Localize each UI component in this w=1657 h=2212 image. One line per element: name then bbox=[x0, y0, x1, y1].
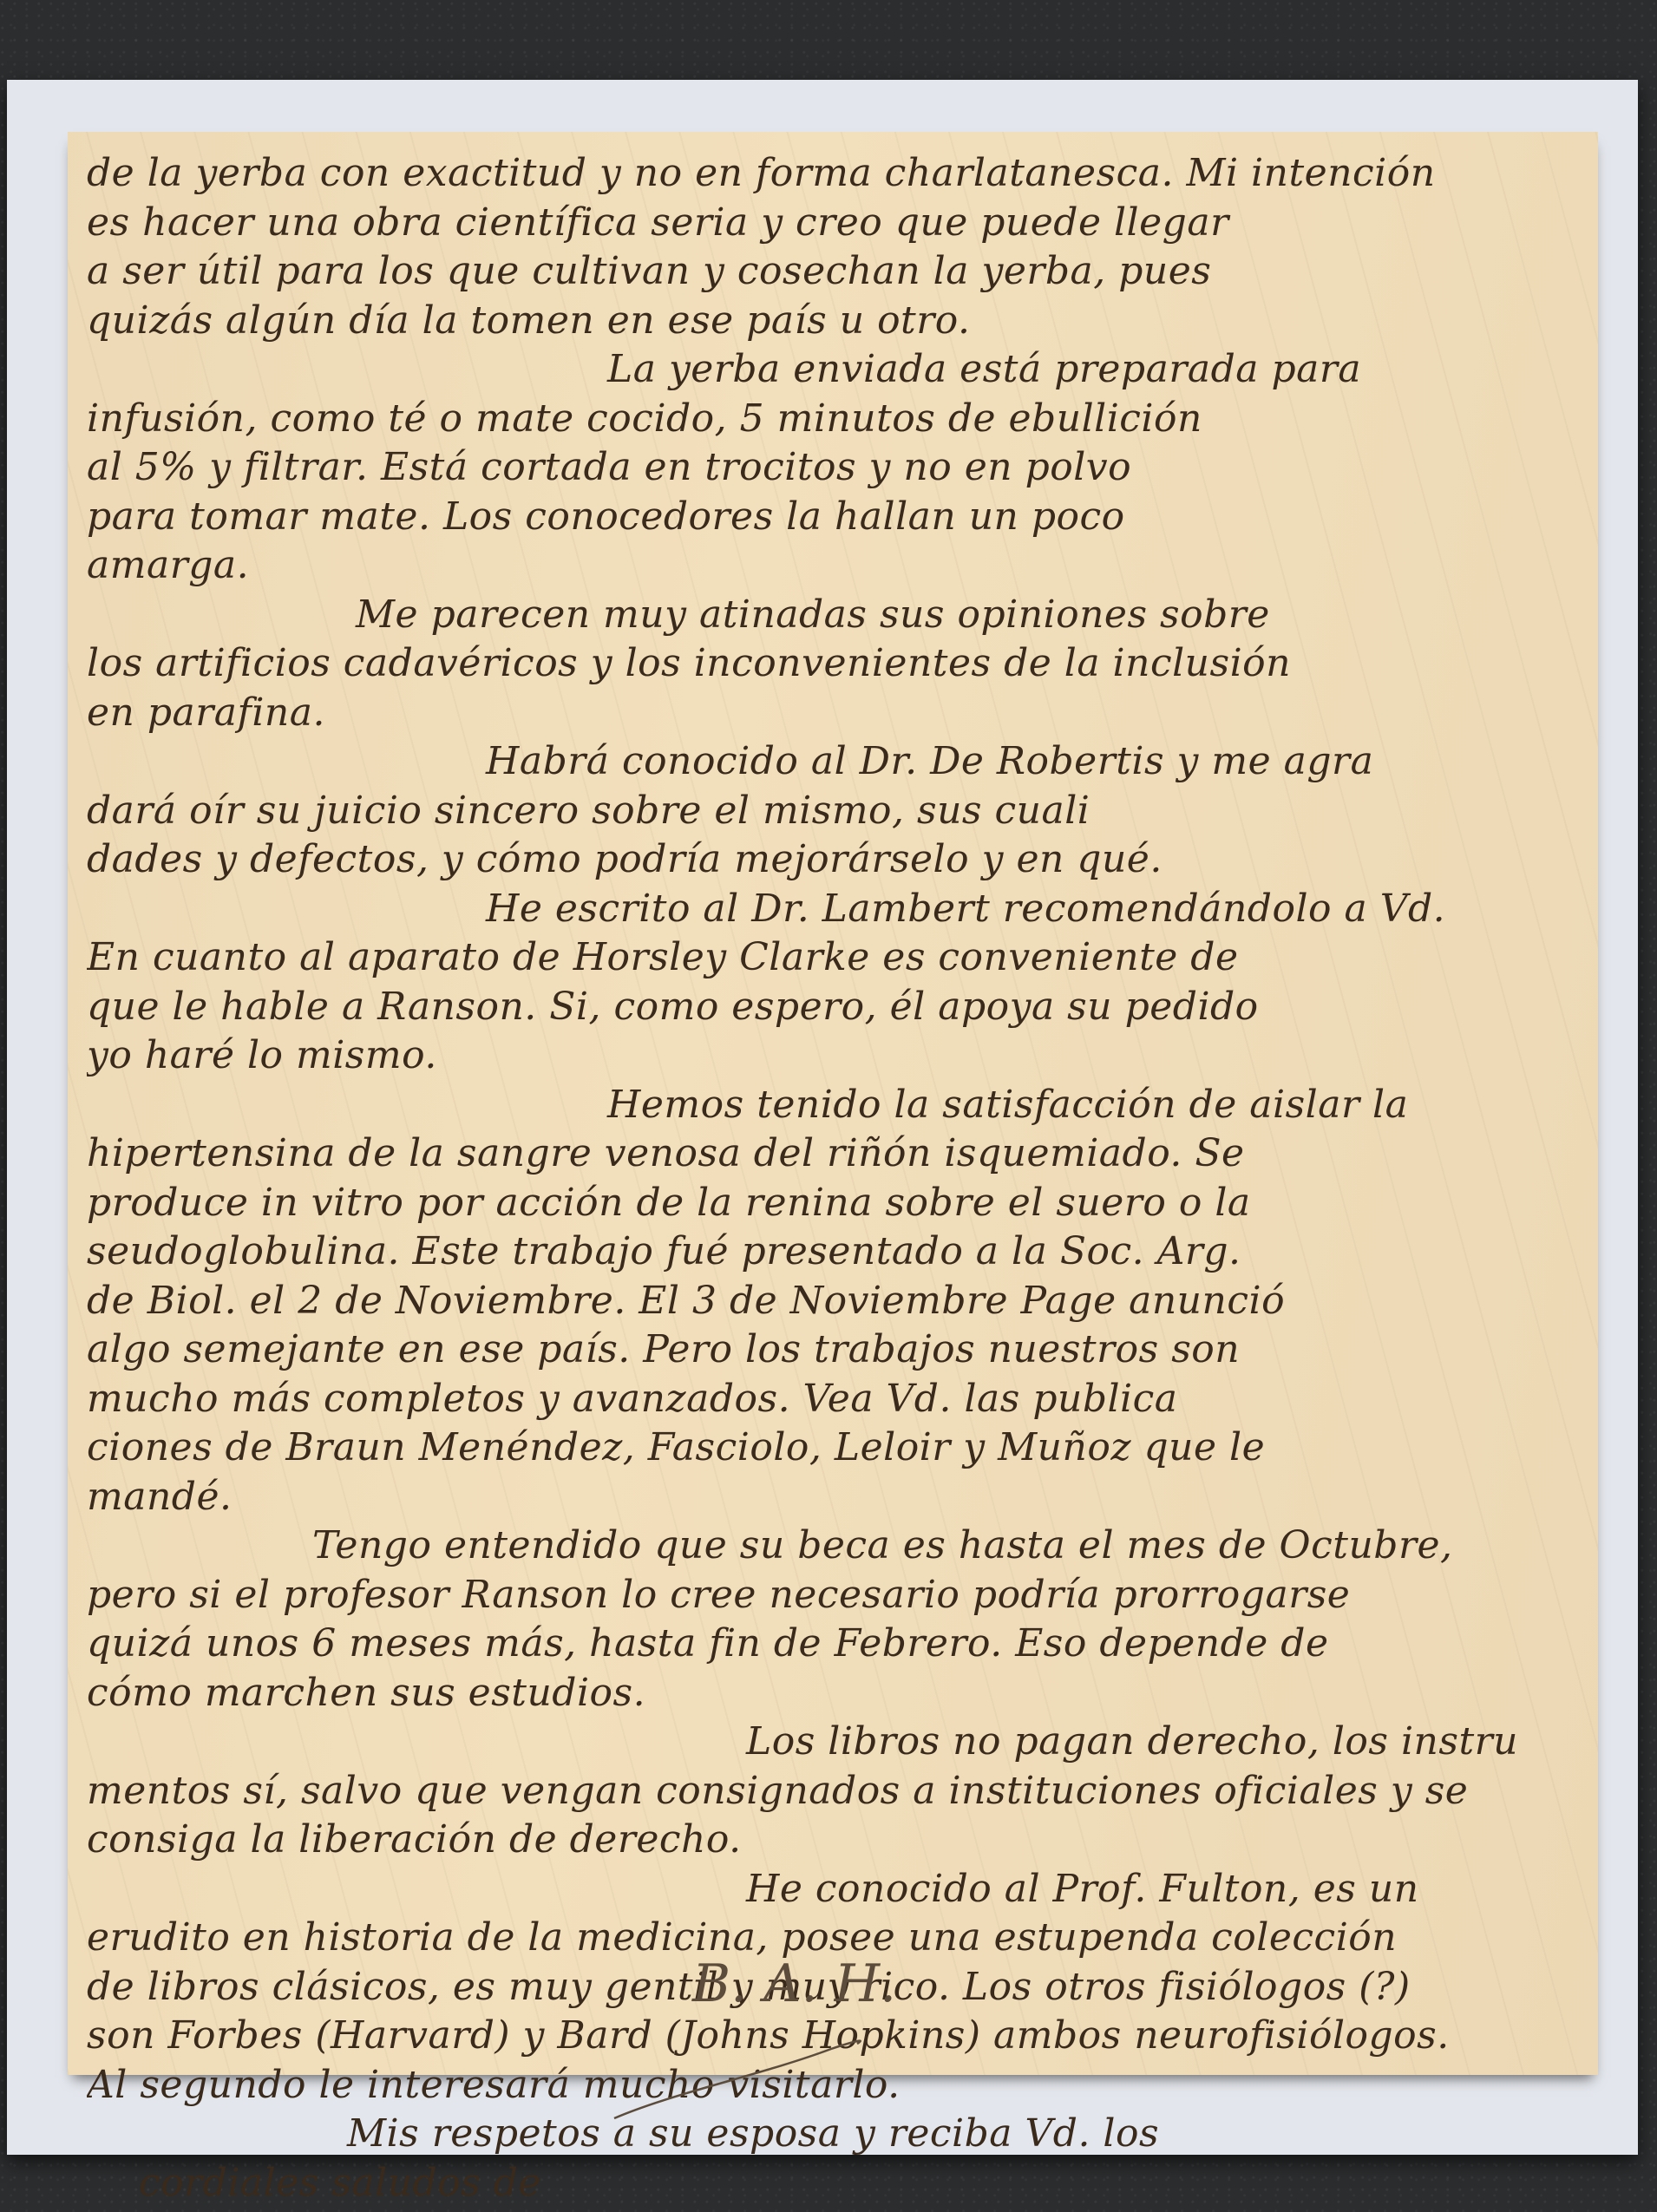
text-line: para tomar mate. Los conocedores la hall… bbox=[87, 493, 1581, 542]
text-line: mentos sí, salvo que vengan consignados … bbox=[87, 1767, 1581, 1816]
signature: B. A. H. bbox=[692, 1953, 896, 2014]
signature-flourish-icon bbox=[606, 2032, 918, 2127]
text-line: mandé. bbox=[87, 1473, 1581, 1522]
text-line: amarga. bbox=[87, 541, 1581, 591]
text-line: en parafina. bbox=[87, 689, 1581, 738]
text-line: produce in vitro por acción de la renina… bbox=[87, 1179, 1581, 1228]
text-line: quizá unos 6 meses más, hasta fin de Feb… bbox=[87, 1620, 1581, 1669]
text-line: Habrá conocido al Dr. De Robertis y me a… bbox=[87, 737, 1581, 787]
text-line: Los libros no pagan derecho, los instru bbox=[87, 1718, 1581, 1767]
text-line: infusión, como té o mate cocido, 5 minut… bbox=[87, 395, 1581, 444]
text-line: Tengo entendido que su beca es hasta el … bbox=[87, 1522, 1581, 1571]
text-line: algo semejante en ese país. Pero los tra… bbox=[87, 1325, 1581, 1375]
text-line: He conocido al Prof. Fulton, es un bbox=[87, 1865, 1581, 1914]
text-line: los artificios cadavéricos y los inconve… bbox=[87, 639, 1581, 689]
text-line: Me parecen muy atinadas sus opiniones so… bbox=[87, 591, 1581, 640]
text-line: mucho más completos y avanzados. Vea Vd.… bbox=[87, 1375, 1581, 1424]
text-line: consiga la liberación de derecho. bbox=[87, 1816, 1581, 1865]
closing-line: cordiales saludos de bbox=[87, 2159, 1581, 2209]
text-line: que le hable a Ranson. Si, como espero, … bbox=[87, 983, 1581, 1032]
text-line: dades y defectos, y cómo podría mejorárs… bbox=[87, 835, 1581, 885]
text-line: al 5% y filtrar. Está cortada en trocito… bbox=[87, 443, 1581, 493]
text-line: quizás algún día la tomen en ese país u … bbox=[87, 297, 1581, 346]
text-line: de la yerba con exactitud y no en forma … bbox=[87, 149, 1581, 199]
text-line: seudoglobulina. Este trabajo fué present… bbox=[87, 1227, 1581, 1277]
letter-body: de la yerba con exactitud y no en forma … bbox=[87, 149, 1581, 2208]
text-line: Hemos tenido la satisfacción de aislar l… bbox=[87, 1081, 1581, 1130]
text-line: hipertensina de la sangre venosa del riñ… bbox=[87, 1129, 1581, 1179]
text-line: He escrito al Dr. Lambert recomendándolo… bbox=[87, 885, 1581, 934]
text-line: pero si el profesor Ranson lo cree neces… bbox=[87, 1571, 1581, 1620]
text-line: a ser útil para los que cultivan y cosec… bbox=[87, 247, 1581, 297]
text-line: ciones de Braun Menéndez, Fasciolo, Lelo… bbox=[87, 1423, 1581, 1473]
text-line: dará oír su juicio sincero sobre el mism… bbox=[87, 787, 1581, 836]
text-line: En cuanto al aparato de Horsley Clarke e… bbox=[87, 933, 1581, 983]
text-line: de Biol. el 2 de Noviembre. El 3 de Novi… bbox=[87, 1277, 1581, 1326]
text-line: es hacer una obra científica seria y cre… bbox=[87, 199, 1581, 248]
text-line: La yerba enviada está preparada para bbox=[87, 345, 1581, 395]
text-line: cómo marchen sus estudios. bbox=[87, 1669, 1581, 1718]
letter-page: de la yerba con exactitud y no en forma … bbox=[68, 132, 1598, 2075]
text-line: yo haré lo mismo. bbox=[87, 1031, 1581, 1081]
